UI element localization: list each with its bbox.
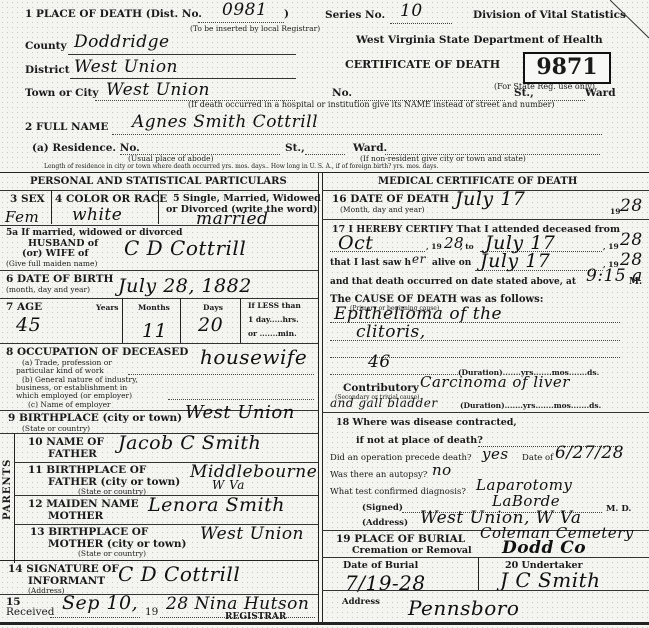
mother-maiden-name-label-line1: 12 MAIDEN NAME xyxy=(28,498,139,510)
occupation-label: 8 OCCUPATION OF DECEASED xyxy=(6,346,188,358)
sex-value: Fem xyxy=(5,208,39,226)
medical-section-title: MEDICAL CERTIFICATE OF DEATH xyxy=(378,176,577,187)
time-of-death-suffix: M. xyxy=(629,277,642,287)
last-saw-label: that I last saw h xyxy=(330,258,411,268)
age-days-value: 20 xyxy=(198,314,223,336)
cause-primary-line1: Epithelioma of the xyxy=(334,304,502,324)
parents-section-label: PARENTS xyxy=(2,459,13,520)
dob-value: July 28, 1882 xyxy=(118,275,252,297)
district-number: 0981 xyxy=(222,0,267,20)
contributory-label: Contributory xyxy=(343,382,419,394)
birthplace-value: West Union xyxy=(185,402,295,423)
state-registration-number: 9871 xyxy=(523,52,611,84)
signed-label: (Signed) xyxy=(362,503,403,513)
date-of-death-value: July 17 xyxy=(455,188,525,210)
mother-birthplace-label-line1: 13 BIRTHPLACE OF xyxy=(30,526,148,538)
marital-value: married xyxy=(196,209,268,229)
attended-from-year-prefix: , 19 xyxy=(426,242,442,251)
personal-section-title: PERSONAL AND STATISTICAL PARTICULARS xyxy=(30,176,287,187)
dob-sub-label: (month, day and year) xyxy=(6,285,90,294)
residence-label: (a) Residence. No. xyxy=(32,142,140,154)
marital-label-line1: 5 Single, Married, Widowed xyxy=(173,193,321,204)
department-label: West Virginia State Department of Health xyxy=(356,34,603,46)
county-label: County xyxy=(25,40,67,52)
undertaker-address-value: Pennsboro xyxy=(408,596,519,620)
ward-label: Ward xyxy=(585,87,616,99)
death-certificate: 1 PLACE OF DEATH (Dist. No. 0981 ) (To b… xyxy=(0,0,649,628)
informant-value: C D Cottrill xyxy=(118,562,240,586)
received-label: Received xyxy=(6,606,54,618)
age-days-label: Days xyxy=(203,303,223,312)
md-label: M. D. xyxy=(606,504,631,514)
division-label: Division of Vital Statistics xyxy=(473,9,626,21)
mother-maiden-name-label-line2: MOTHER xyxy=(48,510,103,522)
operation-date-value: 6/27/28 xyxy=(555,443,624,463)
occupation-a-line2: particular kind of work xyxy=(16,366,104,375)
time-of-death-label: and that death occurred on date stated a… xyxy=(330,277,576,287)
disease-contracted-label-2: if not at place of death? xyxy=(356,435,483,446)
street-no-label: No. xyxy=(332,87,352,99)
place-of-death-label: 1 PLACE OF DEATH (Dist. No. xyxy=(25,8,202,20)
undertaker-address-label: Address xyxy=(342,597,380,607)
alive-on-label: alive on xyxy=(432,258,471,268)
mother-birthplace-value: West Union xyxy=(200,524,304,544)
cause-primary-line2: clitoris, xyxy=(356,322,426,342)
age-less-label-1: If LESS than xyxy=(248,301,301,310)
disease-contracted-label-1: 18 Where was disease contracted, xyxy=(336,417,517,428)
father-birthplace-value: Middlebourne xyxy=(190,462,317,482)
father-name-label-line1: 10 NAME OF xyxy=(28,436,104,448)
attended-to-year: 28 xyxy=(620,230,643,250)
test-label: What test confirmed diagnosis? xyxy=(330,487,466,497)
spouse-label-line4: (Give full maiden name) xyxy=(6,259,97,268)
dob-label: 6 DATE OF BIRTH xyxy=(6,273,113,285)
age-years-value: 45 xyxy=(16,314,41,336)
last-saw-date: July 17 xyxy=(480,250,550,272)
father-name-value: Jacob C Smith xyxy=(118,432,261,454)
burial-place-value-2: Dodd Co xyxy=(502,538,586,558)
age-less-label-2: 1 day.....hrs. xyxy=(248,315,299,324)
attended-to-year-prefix: , 19 xyxy=(603,242,619,251)
spouse-value: C D Cottrill xyxy=(124,236,246,260)
series-label: Series No. xyxy=(325,9,385,21)
physician-address-label: (Address) xyxy=(362,518,408,528)
series-number: 10 xyxy=(400,1,423,21)
date-of-death-label: 16 DATE OF DEATH xyxy=(332,193,449,205)
length-of-residence-note: Length of residence in city or town wher… xyxy=(44,163,438,170)
race-label: 4 COLOR OR RACE xyxy=(55,193,167,205)
town-value: West Union xyxy=(106,80,210,100)
town-label: Town or City xyxy=(25,87,98,99)
hospital-note: (If death occurred in a hospital or inst… xyxy=(188,100,555,109)
mother-birthplace-sub-label: (State or country) xyxy=(78,549,146,558)
spouse-label-line3: (or) WIFE of xyxy=(22,248,88,259)
informant-label-line1: 14 SIGNATURE OF xyxy=(8,563,119,575)
birthplace-sub-label: (State or country) xyxy=(22,424,90,433)
last-saw-pronoun: er xyxy=(412,252,426,266)
district-number-note: (To be inserted by local Registrar) xyxy=(190,24,320,33)
age-less-label-3: or .......min. xyxy=(248,329,297,338)
age-years-label: Years xyxy=(96,303,119,312)
date-of-death-sub-label: (Month, day and year) xyxy=(340,205,425,214)
operation-date-label: Date of xyxy=(522,453,553,463)
race-value: white xyxy=(72,205,122,225)
burial-place-label-2: Cremation or Removal xyxy=(352,545,472,556)
residence-ward-label: Ward. xyxy=(353,142,387,154)
contributory-line2: and gall bladder xyxy=(330,396,438,410)
operation-value: yes xyxy=(482,445,509,463)
father-birthplace-label-line1: 11 BIRTHPLACE OF xyxy=(28,464,146,476)
autopsy-label: Was there an autopsy? xyxy=(330,470,427,480)
state-registration-note: (For State Reg. use only) xyxy=(494,82,595,91)
registrar-label: REGISTRAR xyxy=(225,612,286,622)
full-name-value: Agnes Smith Cottrill xyxy=(132,112,318,132)
occupation-b-line3: which employed (or employer) xyxy=(16,391,132,400)
contributory-duration-label: (Duration).......yrs.......mos.......ds. xyxy=(460,401,601,410)
district-label: District xyxy=(25,64,70,76)
burial-place-label-1: 19 PLACE OF BURIAL xyxy=(336,533,465,545)
father-birthplace-state: W Va xyxy=(212,478,245,492)
sex-label: 3 SEX xyxy=(10,193,45,205)
registrar-signature: 28 Nina Hutson xyxy=(166,594,309,614)
attended-from-value: Oct xyxy=(338,232,373,254)
autopsy-value: no xyxy=(432,461,452,479)
age-months-value: 11 xyxy=(142,320,167,342)
date-of-death-year: 28 xyxy=(620,196,643,216)
full-name-label: 2 FULL NAME xyxy=(25,121,108,133)
father-name-label-line2: FATHER xyxy=(48,448,97,460)
street-label: St., xyxy=(514,87,534,99)
attended-to-label: , to xyxy=(460,242,474,251)
burial-date-value: 7/19-28 xyxy=(345,571,426,595)
birthplace-label: 9 BIRTHPLACE (city or town) xyxy=(8,412,182,424)
undertaker-value: J C Smith xyxy=(500,568,601,592)
residence-street-label: St., xyxy=(285,142,305,154)
abode-note: (Usual place of abode) xyxy=(128,154,214,163)
certify-label: 17 I HEREBY CERTIFY That I attended dece… xyxy=(332,224,620,235)
mother-maiden-name-value: Lenora Smith xyxy=(148,494,285,516)
folded-corner-line xyxy=(610,0,649,40)
occupation-c-label: (c) Name of employer xyxy=(28,400,111,409)
received-date-value: Sep 10, xyxy=(62,592,138,614)
age-label: 7 AGE xyxy=(6,301,42,313)
cause-duration-value: 46 xyxy=(368,352,391,372)
received-year-prefix: 19 xyxy=(145,606,158,618)
age-months-label: Months xyxy=(138,303,170,312)
certificate-title: CERTIFICATE OF DEATH xyxy=(345,58,500,71)
burial-date-label: Date of Burial xyxy=(343,560,418,571)
district-value: West Union xyxy=(74,57,178,77)
contributory-line1: Carcinoma of liver xyxy=(420,373,570,391)
date-of-death-year-prefix: 19 xyxy=(610,207,620,216)
county-value: Doddridge xyxy=(74,32,170,52)
nonresident-note: (If non-resident give city or town and s… xyxy=(360,154,526,163)
occupation-value: housewife xyxy=(200,345,307,369)
